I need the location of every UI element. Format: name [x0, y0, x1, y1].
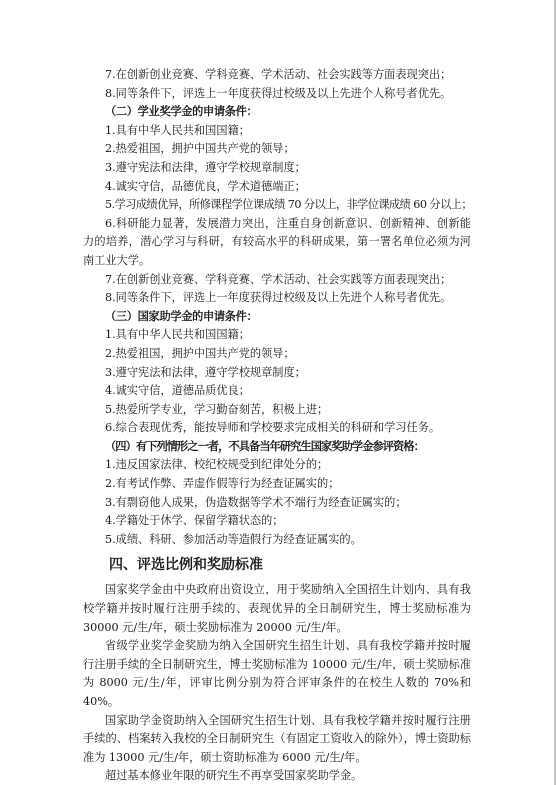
list-item: 8.同等条件下，评选上一年度获得过校级及以上先进个人称号者优先。: [83, 85, 471, 104]
list-item: 6.综合表现优秀，能按导师和学校要求完成相关的科研和学习任务。: [83, 419, 471, 438]
list-item: 2.热爱祖国，拥护中国共产党的领导；: [83, 140, 471, 159]
paragraph: 超过基本修业年限的研究生不再享受国家奖助学金。: [83, 767, 471, 785]
paragraph: 国家助学金资助纳入全国研究生招生计划、具有我校学籍并按时履行注册手续的、档案转入…: [83, 712, 471, 768]
list-item: 3.有剽窃他人成果，伪造数据等学术不端行为经查证属实的；: [83, 494, 471, 513]
list-item: 7.在创新创业竞赛、学科竞赛、学术活动、社会实践等方面表现突出；: [83, 66, 471, 85]
list-item: 2.有考试作弊、弄虚作假等行为经查证属实的；: [83, 475, 471, 494]
list-item: 4.诚实守信，品德优良，学术道德端正；: [83, 178, 471, 197]
list-item: 1.具有中华人民共和国国籍；: [83, 122, 471, 141]
list-item: 8.同等条件下，评选上一年度获得过校级及以上先进个人称号者优先。: [83, 289, 471, 308]
list-item: 3.遵守宪法和法律，遵守学校规章制度；: [83, 159, 471, 178]
paragraph: 省级学业奖学金奖励为纳入全国研究生招生计划、具有我校学籍并按时履行注册手续的全日…: [83, 637, 471, 711]
list-item: 4.学籍处于休学、保留学籍状态的；: [83, 512, 471, 531]
list-item: 4.诚实守信，道德品质优良；: [83, 382, 471, 401]
list-item: 3.遵守宪法和法律，遵守学校规章制度；: [83, 364, 471, 383]
document-body: 7.在创新创业竞赛、学科竞赛、学术活动、社会实践等方面表现突出； 8.同等条件下…: [83, 66, 471, 785]
list-item: 1.具有中华人民共和国国籍；: [83, 326, 471, 345]
list-item: 7.在创新创业竞赛、学科竞赛、学术活动、社会实践等方面表现突出；: [83, 271, 471, 290]
academic-scholarship-heading: （二）学业奖学金的申请条件：: [83, 103, 471, 122]
document-page: 7.在创新创业竞赛、学科竞赛、学术活动、社会实践等方面表现突出； 8.同等条件下…: [0, 0, 556, 785]
paragraph: 国家奖学金由中央政府出资设立，用于奖励纳入全国招生计划内、具有我校学籍并按时履行…: [83, 581, 471, 637]
list-item: 1.违反国家法律、校纪校规受到纪律处分的；: [83, 456, 471, 475]
national-grant-heading: （三）国家助学金的申请条件：: [83, 308, 471, 327]
list-item: 6.科研能力显著，发展潜力突出，注重自身创新意识、创新精神、创新能力的培养，潜心…: [83, 215, 471, 271]
section-heading: 四、评选比例和奖励标准: [83, 555, 471, 575]
list-item: 5.成绩、科研、参加活动等造假行为经查证属实的。: [83, 531, 471, 550]
list-item: 5.热爱所学专业，学习勤奋刻苦，积极上进；: [83, 401, 471, 420]
list-item: 2.热爱祖国，拥护中国共产党的领导；: [83, 345, 471, 364]
disqualification-heading: （四）有下列情形之一者，不具备当年研究生国家奖助学金参评资格：: [83, 438, 471, 457]
list-item: 5.学习成绩优异，所修课程学位课成绩 70 分以上，非学位课成绩 60 分以上；: [83, 196, 471, 215]
